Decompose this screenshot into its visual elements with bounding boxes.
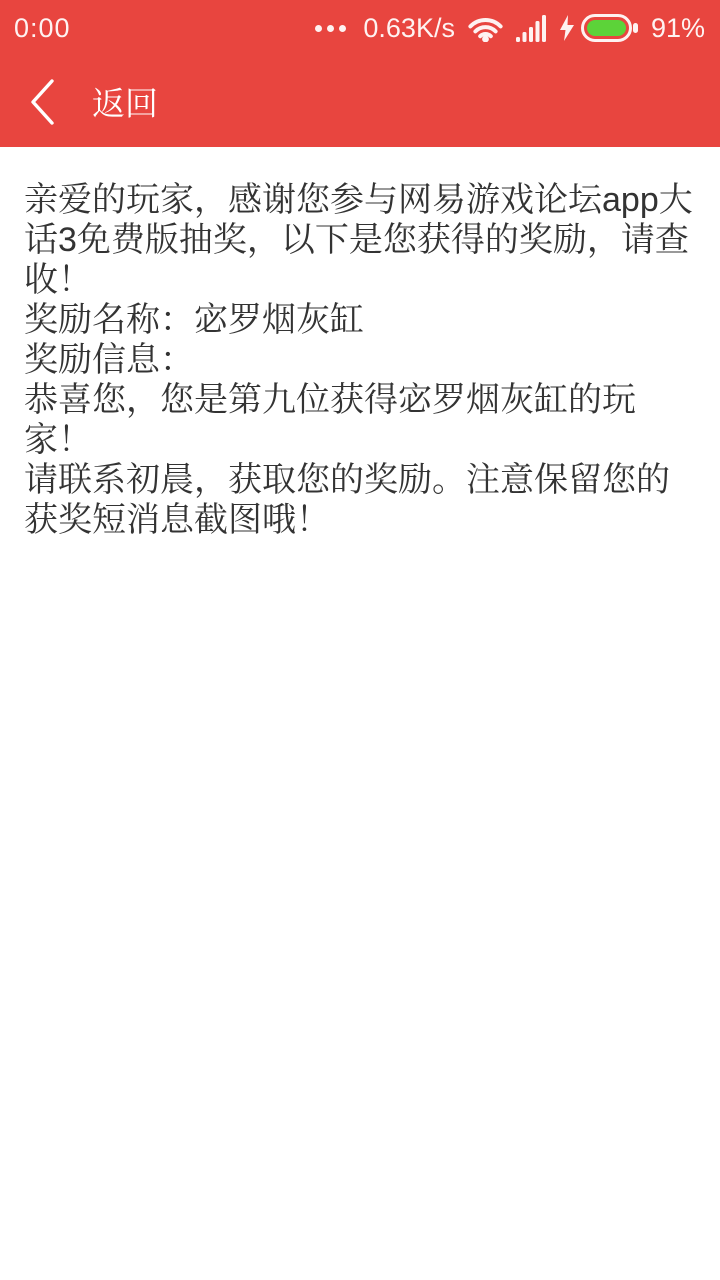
message-paragraph: 亲爱的玩家，感谢您参与网易游戏论坛app大话3免费版抽奖，以下是您获得的奖励，请… [24,180,697,300]
battery-icon [581,14,638,42]
wifi-icon [468,14,503,42]
battery-percent: 91% [651,13,705,44]
message-body: 亲爱的玩家，感谢您参与网易游戏论坛app大话3免费版抽奖，以下是您获得的奖励，请… [0,147,720,540]
message-paragraph: 奖励名称：宓罗烟灰缸 [24,300,697,340]
back-button-label: 返回 [92,78,158,125]
charging-lightning-icon [560,15,574,41]
signal-bars-icon [516,14,547,42]
status-bar-right: 0.63K/s 91% [315,13,705,44]
chevron-left-icon [28,78,58,126]
message-paragraph: 请联系初晨，获取您的奖励。注意保留您的获奖短消息截图哦！ [24,460,697,540]
status-bar: 0:00 0.63K/s [0,0,720,56]
network-speed: 0.63K/s [363,13,455,44]
message-paragraph: 恭喜您，您是第九位获得宓罗烟灰缸的玩家！ [24,380,697,460]
nav-bar: 返回 [0,56,720,147]
ellipsis-dots-icon [315,25,346,32]
clock-time: 0:00 [14,13,71,44]
back-button[interactable]: 返回 [28,78,158,126]
message-paragraph: 奖励信息： [24,340,697,380]
